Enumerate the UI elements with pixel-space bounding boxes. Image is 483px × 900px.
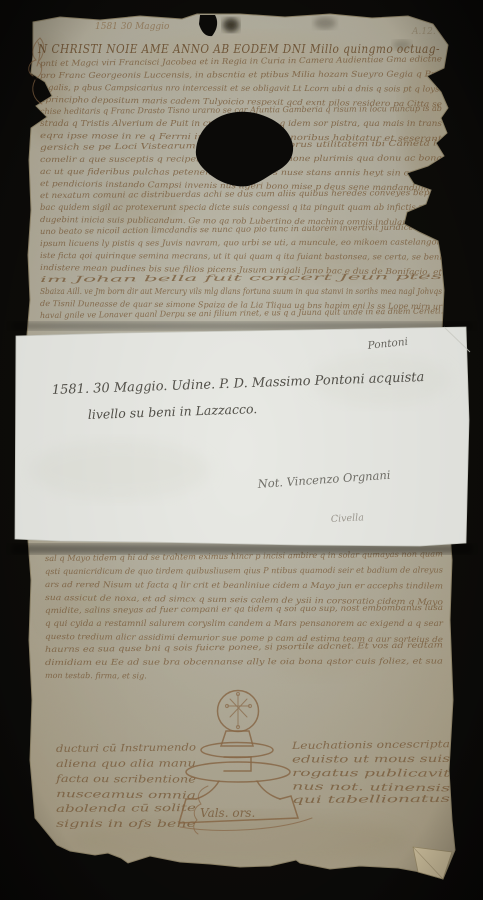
photo-vignette	[0, 0, 483, 900]
photo-stage: 1581 30 Maggio A.12. N CHRISTI NOIE AME …	[0, 0, 483, 900]
document-photo: 1581 30 Maggio A.12. N CHRISTI NOIE AME …	[0, 0, 483, 900]
